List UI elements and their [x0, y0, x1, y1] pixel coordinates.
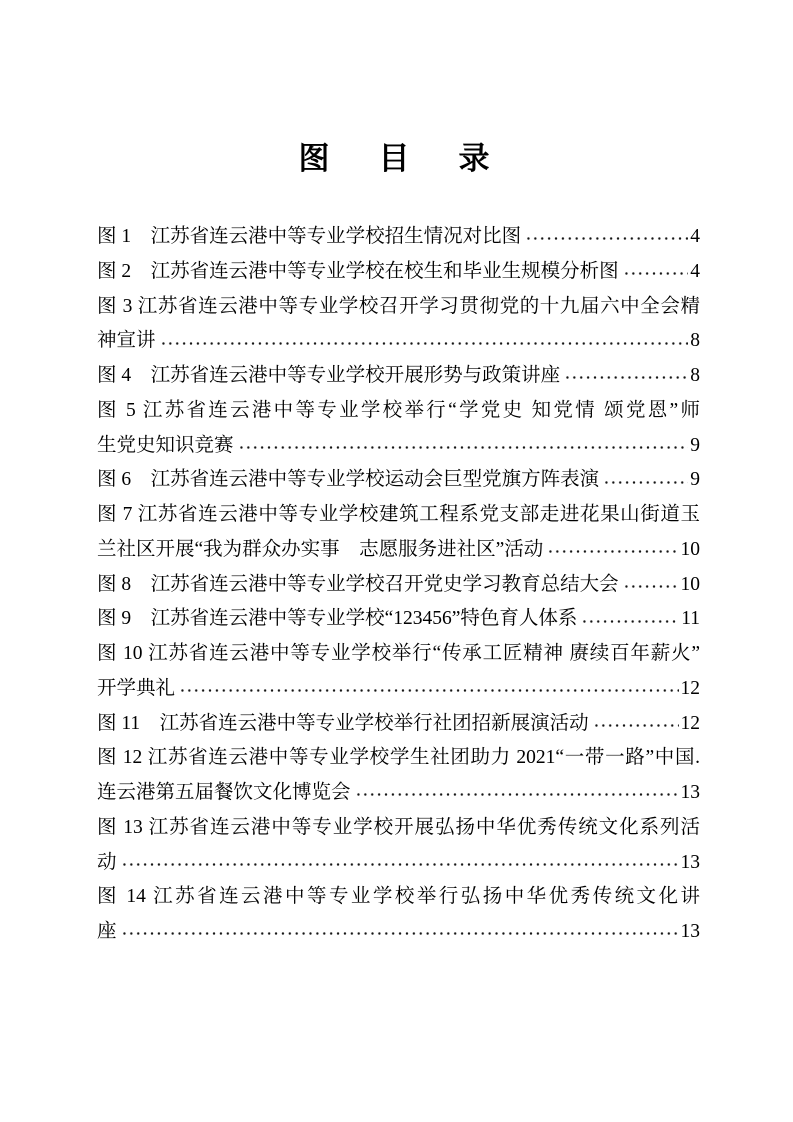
toc-page-number: 12: [681, 672, 701, 707]
toc-entry-text: 兰社区开展“我为群众办实事 志愿服务进社区”活动: [97, 533, 543, 568]
figure-toc-list: 图 1 江苏省连云港中等专业学校招生情况对比图4图 2 江苏省连云港中等专业学校…: [97, 220, 700, 950]
toc-line: 图 6 江苏省连云港中等专业学校运动会巨型党旗方阵表演9: [97, 463, 700, 498]
toc-page-number: 4: [690, 220, 700, 255]
toc-line: 图 2 江苏省连云港中等专业学校在校生和毕业生规模分析图4: [97, 255, 700, 290]
toc-dot-leader: [564, 359, 688, 394]
toc-dot-leader: [160, 324, 689, 359]
toc-entry-text: 座: [97, 915, 117, 950]
toc-page-number: 13: [681, 776, 701, 811]
toc-line: 图 14 江苏省连云港中等专业学校举行弘扬中华优秀传统文化讲: [97, 880, 700, 915]
toc-line: 连云港第五届餐饮文化博览会13: [97, 776, 700, 811]
toc-dot-leader: [179, 672, 678, 707]
toc-line: 图 11 江苏省连云港中等专业学校举行社团招新展演活动12: [97, 707, 700, 742]
toc-entry-text: 图 6 江苏省连云港中等专业学校运动会巨型党旗方阵表演: [97, 463, 599, 498]
toc-entry-text: 开学典礼: [97, 672, 175, 707]
toc-line: 图 12 江苏省连云港中等专业学校学生社团助力 2021“一带一路”中国.: [97, 741, 700, 776]
toc-dot-leader: [238, 429, 689, 464]
toc-dot-leader: [603, 463, 688, 498]
document-page: 图 目 录 图 1 江苏省连云港中等专业学校招生情况对比图4图 2 江苏省连云港…: [0, 0, 793, 1122]
toc-line: 座13: [97, 915, 700, 950]
toc-line: 生党史知识竞赛9: [97, 429, 700, 464]
toc-dot-leader: [623, 568, 679, 603]
toc-line: 图 4 江苏省连云港中等专业学校开展形势与政策讲座8: [97, 359, 700, 394]
toc-line: 图 1 江苏省连云港中等专业学校招生情况对比图4: [97, 220, 700, 255]
toc-page-number: 13: [681, 915, 701, 950]
toc-page-number: 4: [690, 255, 700, 290]
toc-entry-text: 生党史知识竞赛: [97, 429, 234, 464]
toc-entry-text: 连云港第五届餐饮文化博览会: [97, 776, 351, 811]
toc-line: 图 3 江苏省连云港中等专业学校召开学习贯彻党的十九届六中全会精: [97, 290, 700, 325]
toc-dot-leader: [593, 707, 679, 742]
toc-entry-text: 动: [97, 846, 117, 881]
toc-page-number: 8: [690, 359, 700, 394]
toc-page-number: 9: [690, 463, 700, 498]
toc-line: 兰社区开展“我为群众办实事 志愿服务进社区”活动10: [97, 533, 700, 568]
toc-line: 动13: [97, 846, 700, 881]
toc-line: 图 5 江苏省连云港中等专业学校举行“学党史 知党情 颂党恩”师: [97, 394, 700, 429]
toc-entry-text: 图 11 江苏省连云港中等专业学校举行社团招新展演活动: [97, 707, 589, 742]
toc-page-number: 10: [681, 533, 701, 568]
toc-page-number: 12: [681, 707, 701, 742]
toc-dot-leader: [525, 220, 688, 255]
toc-page-number: 8: [690, 324, 700, 359]
toc-line: 图 8 江苏省连云港中等专业学校召开党史学习教育总结大会10: [97, 568, 700, 603]
toc-page-number: 13: [681, 846, 701, 881]
toc-dot-leader: [121, 846, 679, 881]
page-title: 图 目 录: [97, 143, 700, 174]
toc-entry-text: 图 8 江苏省连云港中等专业学校召开党史学习教育总结大会: [97, 568, 619, 603]
toc-page-number: 11: [681, 602, 700, 637]
toc-dot-leader: [547, 533, 678, 568]
toc-line: 开学典礼12: [97, 672, 700, 707]
toc-line: 图 7 江苏省连云港中等专业学校建筑工程系党支部走进花果山街道玉: [97, 498, 700, 533]
toc-dot-leader: [623, 255, 689, 290]
toc-dot-leader: [121, 915, 679, 950]
toc-line: 图 13 江苏省连云港中等专业学校开展弘扬中华优秀传统文化系列活: [97, 811, 700, 846]
toc-line: 神宣讲8: [97, 324, 700, 359]
toc-line: 图 9 江苏省连云港中等专业学校“123456”特色育人体系11: [97, 602, 700, 637]
toc-dot-leader: [581, 602, 679, 637]
toc-entry-text: 图 9 江苏省连云港中等专业学校“123456”特色育人体系: [97, 602, 577, 637]
toc-entry-text: 图 4 江苏省连云港中等专业学校开展形势与政策讲座: [97, 359, 560, 394]
toc-dot-leader: [355, 776, 679, 811]
toc-entry-text: 图 2 江苏省连云港中等专业学校在校生和毕业生规模分析图: [97, 255, 619, 290]
toc-page-number: 10: [681, 568, 701, 603]
toc-line: 图 10 江苏省连云港中等专业学校举行“传承工匠精神 赓续百年薪火”: [97, 637, 700, 672]
toc-page-number: 9: [690, 429, 700, 464]
toc-entry-text: 图 1 江苏省连云港中等专业学校招生情况对比图: [97, 220, 521, 255]
toc-entry-text: 神宣讲: [97, 324, 156, 359]
